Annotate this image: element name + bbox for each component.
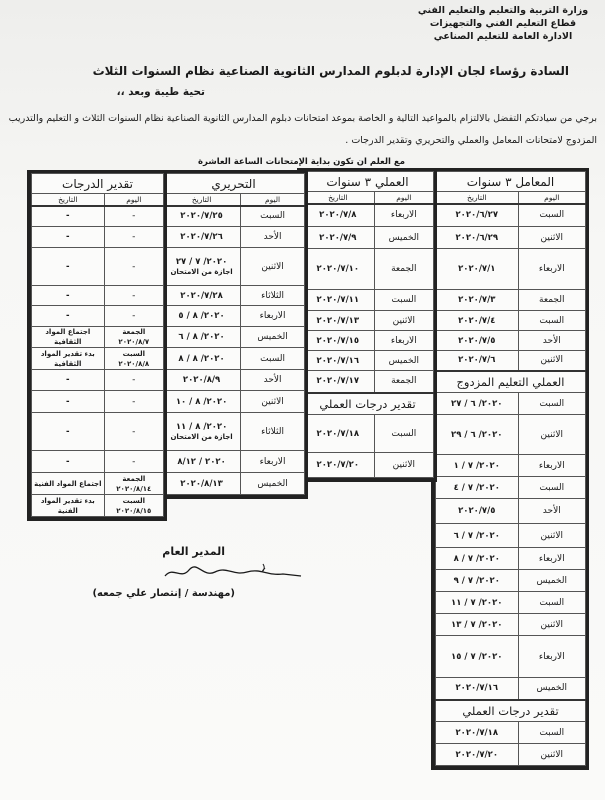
day-cell: الاثنين — [374, 453, 433, 478]
handwritten-signature-icon — [163, 562, 303, 582]
date-cell: ٢٠٢٠/٧/٢٨ — [163, 286, 241, 306]
day-cell: الأحد — [518, 331, 586, 351]
day-cell: - — [104, 248, 163, 286]
day-cell: الاثنين — [518, 227, 586, 249]
day-cell: الثلاثاء — [241, 286, 305, 306]
day-cell: السبت — [374, 290, 433, 311]
date-cell: - — [32, 286, 105, 306]
date-cell: ٢٠٢٠/ ٧ / ٦ — [436, 524, 519, 548]
day-cell: الأحد — [518, 499, 586, 524]
signatory-name: (مهندسة / إنتصار علي جمعه) — [92, 588, 235, 599]
date-cell: ٢٠٢٠/٧/٨ — [302, 204, 375, 227]
addressee-heading: السادة رؤساء لجان الإدارة لدبلوم المدارس… — [93, 64, 569, 78]
date-cell: ٢٠٢٠/ ٧ / ٨ — [436, 548, 519, 570]
day-cell: الخميس — [241, 473, 305, 495]
written-table: التحريري اليوم التاريخ السبت٢٠٢٠/٧/٢٥ ال… — [158, 170, 308, 499]
day-cell: - — [104, 286, 163, 306]
day-cell: الجمعة — [518, 290, 586, 311]
date-cell: ٢٠٢٠/٧/٤ — [436, 311, 519, 331]
date-cell: ٢٠٢٠/ ٧ / ١ — [436, 455, 519, 477]
day-cell: السبت ٢٠٢٠/٨/١٥ — [104, 495, 163, 517]
date-cell: ٢٠٢٠/ ٨ / ١٠ — [163, 391, 241, 413]
date-cell: ٢٠٢٠/٧/١١ — [302, 290, 375, 311]
day-cell: الخميس — [518, 678, 586, 700]
day-cell: الخميس — [241, 327, 305, 348]
day-cell: - — [104, 451, 163, 473]
day-cell: الاربعاء — [241, 451, 305, 473]
day-cell: الأحد — [241, 370, 305, 391]
day-cell: الخميس — [374, 227, 433, 249]
day-cell: الاربعاء — [241, 306, 305, 327]
date-cell: ٢٠٢٠/٧/١٣ — [302, 311, 375, 331]
exam-break-note: اجازة من الامتحان — [165, 267, 238, 277]
date-cell: ٢٠٢٠/٧/٥ — [436, 331, 519, 351]
date-cell: اجتماع المواد الثقافية — [32, 327, 105, 348]
date-cell: ٢٠٢٠/٧/١٠ — [302, 249, 375, 290]
labs-table: المعامل ٣ سنوات اليوم التاريخ السبت٢٠٢٠/… — [431, 168, 589, 770]
signatory-title: المدير العام — [162, 545, 225, 558]
day-cell: الاربعاء — [518, 455, 586, 477]
day-cell: - — [104, 206, 163, 227]
practical-grading-title: تقدير درجات العملي — [436, 700, 586, 722]
date-cell: ٢٠٢٠/٧/٢٦ — [163, 227, 241, 248]
col-date: التاريخ — [436, 192, 519, 204]
grading-table: تقدير الدرجات اليوم التاريخ -- -- -- -- … — [27, 170, 167, 521]
col-date: التاريخ — [32, 194, 105, 206]
practical-table: العملي ٣ سنوات اليوم التاريخ الاربعاء٢٠٢… — [297, 168, 437, 482]
day-cell: الاثنين — [518, 415, 586, 455]
day-cell: السبت — [518, 592, 586, 614]
date-cell: ٢٠٢٠/٧/١ — [436, 249, 519, 290]
day-cell: السبت — [518, 393, 586, 415]
day-cell: الجمعة — [374, 371, 433, 393]
day-cell: - — [104, 391, 163, 413]
sector-line: قطاع التعليم الفني والتجهيزات — [413, 17, 593, 30]
day-cell: السبت ٢٠٢٠/٨/٨ — [104, 348, 163, 370]
date-cell: ٢٠٢٠/ ٧ / ١٥ — [436, 636, 519, 678]
date-cell: بدء تقدير المواد الفنية — [32, 495, 105, 517]
day-cell: الاثنين — [518, 524, 586, 548]
date-cell: ٢٠٢٠/ ٦ / ٢٧ — [436, 393, 519, 415]
date-cell: ٢٠٢٠/ ٨ / ٥ — [163, 306, 241, 327]
day-cell: الاربعاء — [518, 249, 586, 290]
day-cell: الثلاثاء — [241, 413, 305, 451]
date-cell: ٢٠٢٠/ ٧ / ٢٧اجازة من الامتحان — [163, 248, 241, 286]
date-cell: ٢٠٢٠/٧/١٨ — [302, 415, 375, 453]
day-cell: الخميس — [518, 570, 586, 592]
body-paragraph: برجي من سيادتكم التفضل بالالتزام بالمواع… — [7, 108, 597, 152]
date-cell: ٢٠٢٠/ ٨ / ١١اجازة من الامتحان — [163, 413, 241, 451]
col-day: اليوم — [374, 192, 433, 204]
date-cell: ٢٠٢٠/٨/٩ — [163, 370, 241, 391]
date-value: ٢٠٢٠/ ٨ / ١١ — [165, 422, 238, 432]
date-cell: - — [32, 227, 105, 248]
date-cell: ٢٠٢٠/٧/١٨ — [436, 722, 519, 744]
ministry-header: وزارة التربية والتعليم والتعليم الفني قط… — [413, 4, 593, 43]
practical-title: العملي ٣ سنوات — [302, 172, 434, 192]
date-cell: ٢٠٢٠/٧/١٦ — [436, 678, 519, 700]
day-cell: الاربعاء — [518, 548, 586, 570]
date-cell: ٢٠٢٠/ ٧ / ١١ — [436, 592, 519, 614]
day-cell: الجمعة ٢٠٢٠/٨/١٤ — [104, 473, 163, 495]
day-cell: الاربعاء — [374, 331, 433, 351]
date-cell: ٢٠٢٠/ ٧ / ١٣ — [436, 614, 519, 636]
date-cell: - — [32, 370, 105, 391]
day-cell: السبت — [241, 348, 305, 370]
day-cell: السبت — [518, 477, 586, 499]
col-day: اليوم — [241, 194, 305, 206]
day-cell: السبت — [241, 206, 305, 227]
day-cell: السبت — [518, 722, 586, 744]
date-cell: ٢٠٢٠ / ٨/١٢ — [163, 451, 241, 473]
day-cell: الخميس — [374, 351, 433, 371]
day-cell: - — [104, 227, 163, 248]
date-cell: ٢٠٢٠/٧/٢٠ — [302, 453, 375, 478]
date-cell: ٢٠٢٠/٧/٣ — [436, 290, 519, 311]
date-cell: ٢٠٢٠/٧/٥ — [436, 499, 519, 524]
ministry-line: وزارة التربية والتعليم والتعليم الفني — [413, 4, 593, 17]
date-cell: ٢٠٢٠/٧/٦ — [436, 351, 519, 371]
date-cell: ٢٠٢٠/ ٨ / ٨ — [163, 348, 241, 370]
day-cell: الاثنين — [518, 744, 586, 766]
col-date: التاريخ — [302, 192, 375, 204]
day-cell: الاثنين — [374, 311, 433, 331]
day-cell: الاثنين — [518, 614, 586, 636]
day-cell: الأحد — [241, 227, 305, 248]
date-cell: ٢٠٢٠/٧/١٥ — [302, 331, 375, 351]
date-cell: - — [32, 391, 105, 413]
date-cell: ٢٠٢٠/ ٨ / ٦ — [163, 327, 241, 348]
date-value: ٢٠٢٠/ ٧ / ٢٧ — [165, 257, 238, 267]
day-cell: الاربعاء — [518, 636, 586, 678]
date-cell: ٢٠٢٠/٧/١٦ — [302, 351, 375, 371]
grading-title: تقدير الدرجات — [32, 174, 164, 194]
date-cell: ٢٠٢٠/٧/٢٥ — [163, 206, 241, 227]
day-cell: الاثنين — [241, 391, 305, 413]
document-page: وزارة التربية والتعليم والتعليم الفني قط… — [0, 0, 605, 800]
written-title: التحريري — [163, 174, 305, 194]
exam-break-note: اجازة من الامتحان — [165, 432, 238, 442]
date-cell: - — [32, 248, 105, 286]
date-cell: بدء تقدير المواد الثقافية — [32, 348, 105, 370]
day-cell: السبت — [518, 311, 586, 331]
date-cell: - — [32, 206, 105, 227]
day-cell: الجمعة — [374, 249, 433, 290]
date-cell: اجتماع المواد الفنية — [32, 473, 105, 495]
dual-training-title: العملي التعليم المزدوج — [436, 371, 586, 393]
date-cell: ٢٠٢٠/ ٧ / ٤ — [436, 477, 519, 499]
date-cell: ٢٠٢٠/٦/٢٧ — [436, 204, 519, 227]
greeting: تحية طيبة وبعد ،، — [117, 86, 205, 98]
date-cell: - — [32, 451, 105, 473]
date-cell: ٢٠٢٠/٦/٢٩ — [436, 227, 519, 249]
day-cell: الجمعة ٢٠٢٠/٨/٧ — [104, 327, 163, 348]
department-line: الادارة العامة للتعليم الصناعي — [413, 30, 593, 43]
date-cell: - — [32, 306, 105, 327]
col-day: اليوم — [518, 192, 586, 204]
day-cell: - — [104, 370, 163, 391]
date-cell: ٢٠٢٠/ ٧ / ٩ — [436, 570, 519, 592]
day-cell: الاربعاء — [374, 204, 433, 227]
day-cell: السبت — [374, 415, 433, 453]
day-cell: الاثنين — [241, 248, 305, 286]
labs-title: المعامل ٣ سنوات — [436, 172, 586, 192]
practical-grading-title: تقدير درجات العملي — [302, 393, 434, 415]
day-cell: - — [104, 306, 163, 327]
date-cell: ٢٠٢٠/٨/١٣ — [163, 473, 241, 495]
day-cell: - — [104, 413, 163, 451]
date-cell: ٢٠٢٠/ ٦ / ٢٩ — [436, 415, 519, 455]
col-date: التاريخ — [163, 194, 241, 206]
date-cell: ٢٠٢٠/٧/٩ — [302, 227, 375, 249]
col-day: اليوم — [104, 194, 163, 206]
day-cell: الاثنين — [518, 351, 586, 371]
start-time-note: مع العلم ان تكون بداية الإمتحانات الساعة… — [198, 157, 405, 167]
date-cell: ٢٠٢٠/٧/٢٠ — [436, 744, 519, 766]
day-cell: السبت — [518, 204, 586, 227]
date-cell: - — [32, 413, 105, 451]
date-cell: ٢٠٢٠/٧/١٧ — [302, 371, 375, 393]
